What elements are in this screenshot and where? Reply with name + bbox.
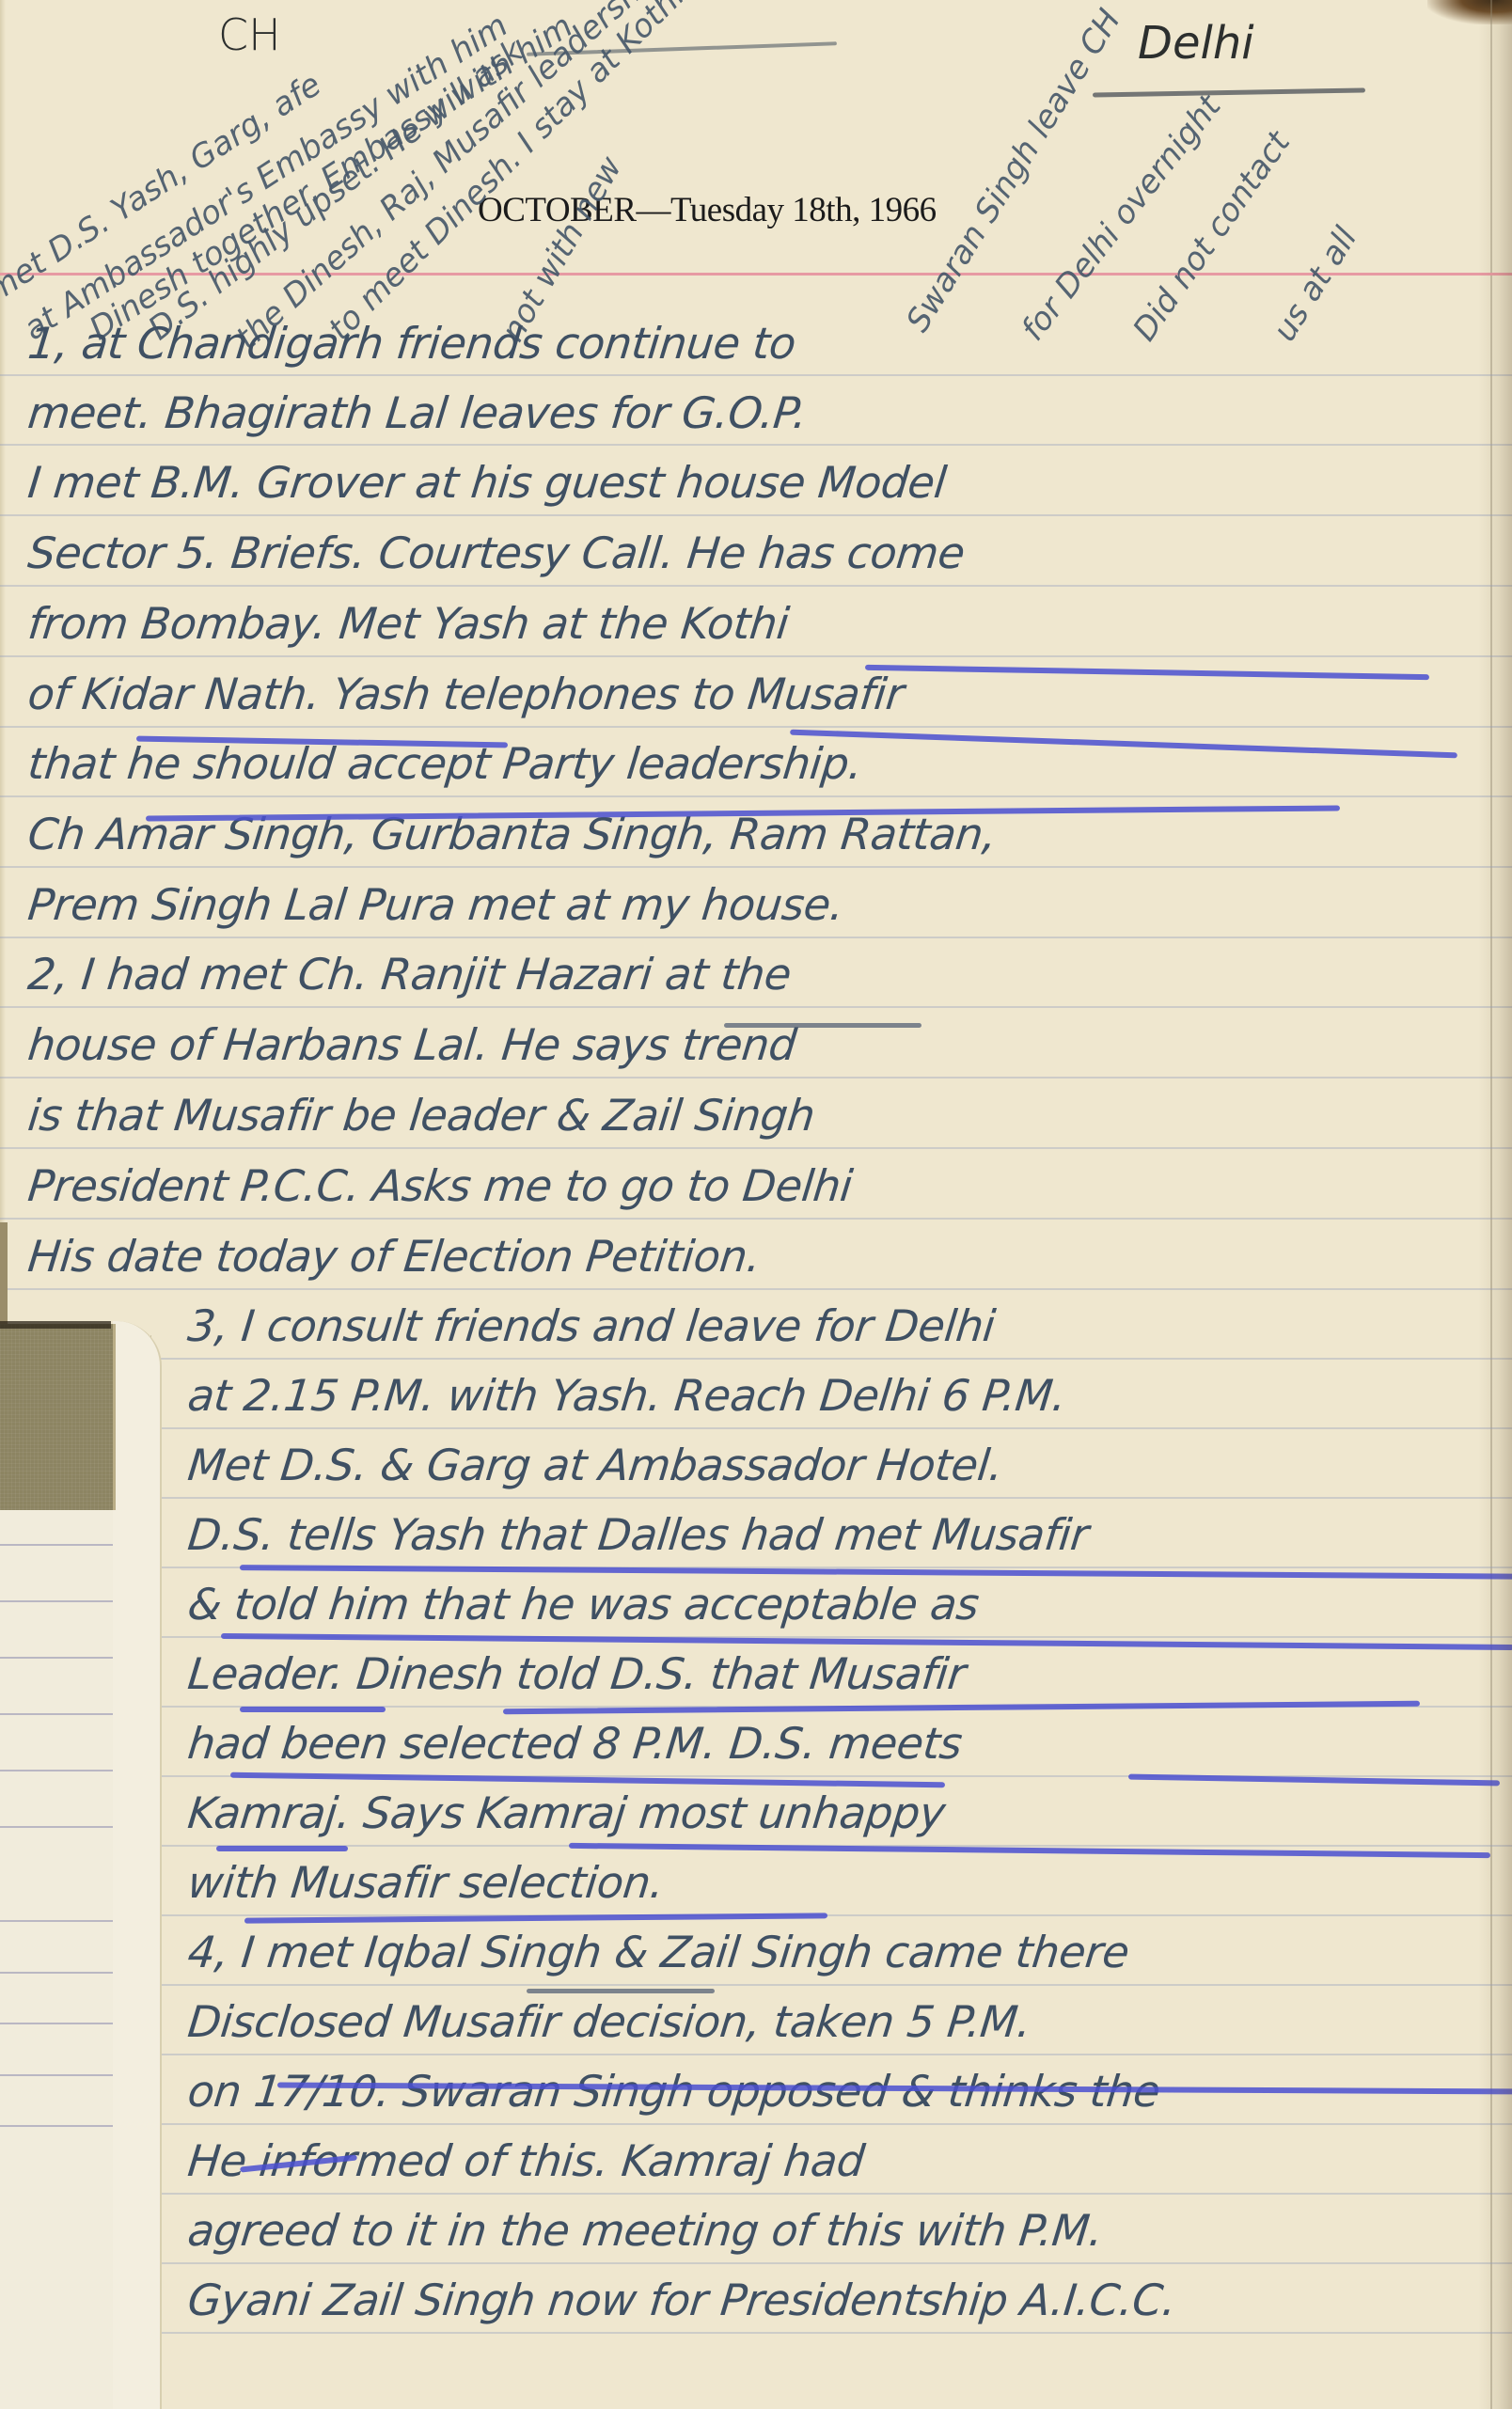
- ruled-line: [0, 1077, 1512, 1079]
- page-tab-cutout: [113, 1321, 162, 2409]
- diary-line: Kamraj. Says Kamraj most unhappy: [185, 1787, 947, 1838]
- margin-note: Swaran Singh leave CH: [899, 3, 1128, 339]
- ruled-line: [0, 2262, 1512, 2264]
- diary-line: Met D.S. & Garg at Ambassador Hotel.: [185, 1440, 1005, 1490]
- diary-line: & told him that he was acceptable as: [185, 1579, 981, 1630]
- ruled-line: [0, 374, 1512, 376]
- diary-page: CH Delhi OCTOBER—Tuesday 18th, 1966 met …: [0, 0, 1512, 2409]
- ruled-line: [0, 1427, 1512, 1429]
- diary-line: Disclosed Musafir decision, taken 5 P.M.: [185, 1996, 1033, 2047]
- diary-line: house of Harbans Lal. He says trend: [25, 1019, 798, 1070]
- ruled-line: [0, 655, 1512, 657]
- corner-note-ch: CH: [218, 9, 281, 60]
- diary-line: agreed to it in the meeting of this with…: [185, 2205, 1105, 2256]
- delhi-underline: [1093, 87, 1365, 97]
- ruled-line: [0, 1218, 1512, 1220]
- diary-line: D.S. tells Yash that Dalles had met Musa…: [185, 1509, 1091, 1560]
- ruled-line: [0, 2332, 1512, 2334]
- ruled-line: [0, 795, 1512, 797]
- diary-line: 1, at Chandigarh friends continue to: [25, 318, 798, 369]
- diary-line: at 2.15 P.M. with Yash. Reach Delhi 6 P.…: [185, 1370, 1068, 1421]
- diary-line: He informed of this. Kamraj had: [185, 2135, 867, 2186]
- diary-line: Prem Singh Lal Pura met at my house.: [25, 879, 846, 930]
- ruled-line: [0, 866, 1512, 868]
- diary-line: Leader. Dinesh told D.S. that Musafir: [185, 1648, 968, 1699]
- underline-mark: [790, 730, 1457, 759]
- diary-line: is that Musafir be leader & Zail Singh: [25, 1090, 817, 1141]
- underline-mark: [865, 665, 1429, 680]
- diary-line: from Bombay. Met Yash at the Kothi: [25, 598, 791, 649]
- ruled-line: [0, 1006, 1512, 1008]
- ruled-line: [0, 2193, 1512, 2195]
- underline-mark: [724, 1023, 921, 1028]
- page-left-edge: [0, 0, 6, 1222]
- ruled-line: [0, 937, 1512, 938]
- cloth-tab: [0, 1324, 116, 1510]
- underline-mark: [527, 1989, 715, 1993]
- diary-line: meet. Bhagirath Lal leaves for G.O.P.: [25, 387, 809, 438]
- underline-mark: [216, 1846, 348, 1851]
- diary-line: 3, I consult friends and leave for Delhi: [185, 1300, 998, 1351]
- tab-shadow: [0, 1321, 111, 1329]
- page-edge-line: [1490, 0, 1492, 2409]
- ruled-line: [0, 1497, 1512, 1499]
- ruled-line: [0, 514, 1512, 516]
- corner-burn-mark: [1427, 0, 1512, 24]
- ruled-line: [0, 585, 1512, 587]
- ruled-line: [0, 1984, 1512, 1986]
- diary-line: with Musafir selection.: [185, 1857, 666, 1908]
- underline-mark: [240, 1707, 386, 1712]
- diary-line: had been selected 8 P.M. D.S. meets: [185, 1718, 964, 1769]
- ruled-line: [0, 1288, 1512, 1290]
- underline-mark: [503, 1701, 1420, 1715]
- corner-note-delhi: Delhi: [1138, 17, 1254, 70]
- diary-line: His date today of Election Petition.: [25, 1231, 763, 1282]
- ruled-line: [0, 444, 1512, 446]
- diary-line: of Kidar Nath. Yash telephones to Musafi…: [25, 669, 906, 719]
- ruled-line: [0, 1147, 1512, 1149]
- tab-strip: [0, 1222, 8, 1326]
- margin-note: us at all: [1266, 221, 1364, 348]
- ruled-line: [0, 726, 1512, 728]
- diary-line: 2, I had met Ch. Ranjit Hazari at the: [25, 949, 794, 1000]
- ruled-line: [0, 1358, 1512, 1360]
- diary-line: President P.C.C. Asks me to go to Delhi: [25, 1160, 855, 1211]
- diary-line: Gyani Zail Singh now for Presidentship A…: [185, 2275, 1178, 2325]
- diary-line: 4, I met Iqbal Singh & Zail Singh came t…: [185, 1927, 1131, 1977]
- diary-line: I met B.M. Grover at his guest house Mod…: [25, 457, 949, 508]
- diary-line: Sector 5. Briefs. Courtesy Call. He has …: [25, 527, 967, 578]
- printed-date-header: OCTOBER—Tuesday 18th, 1966: [478, 190, 937, 230]
- ruled-line: [0, 2054, 1512, 2055]
- ruled-line: [0, 2123, 1512, 2125]
